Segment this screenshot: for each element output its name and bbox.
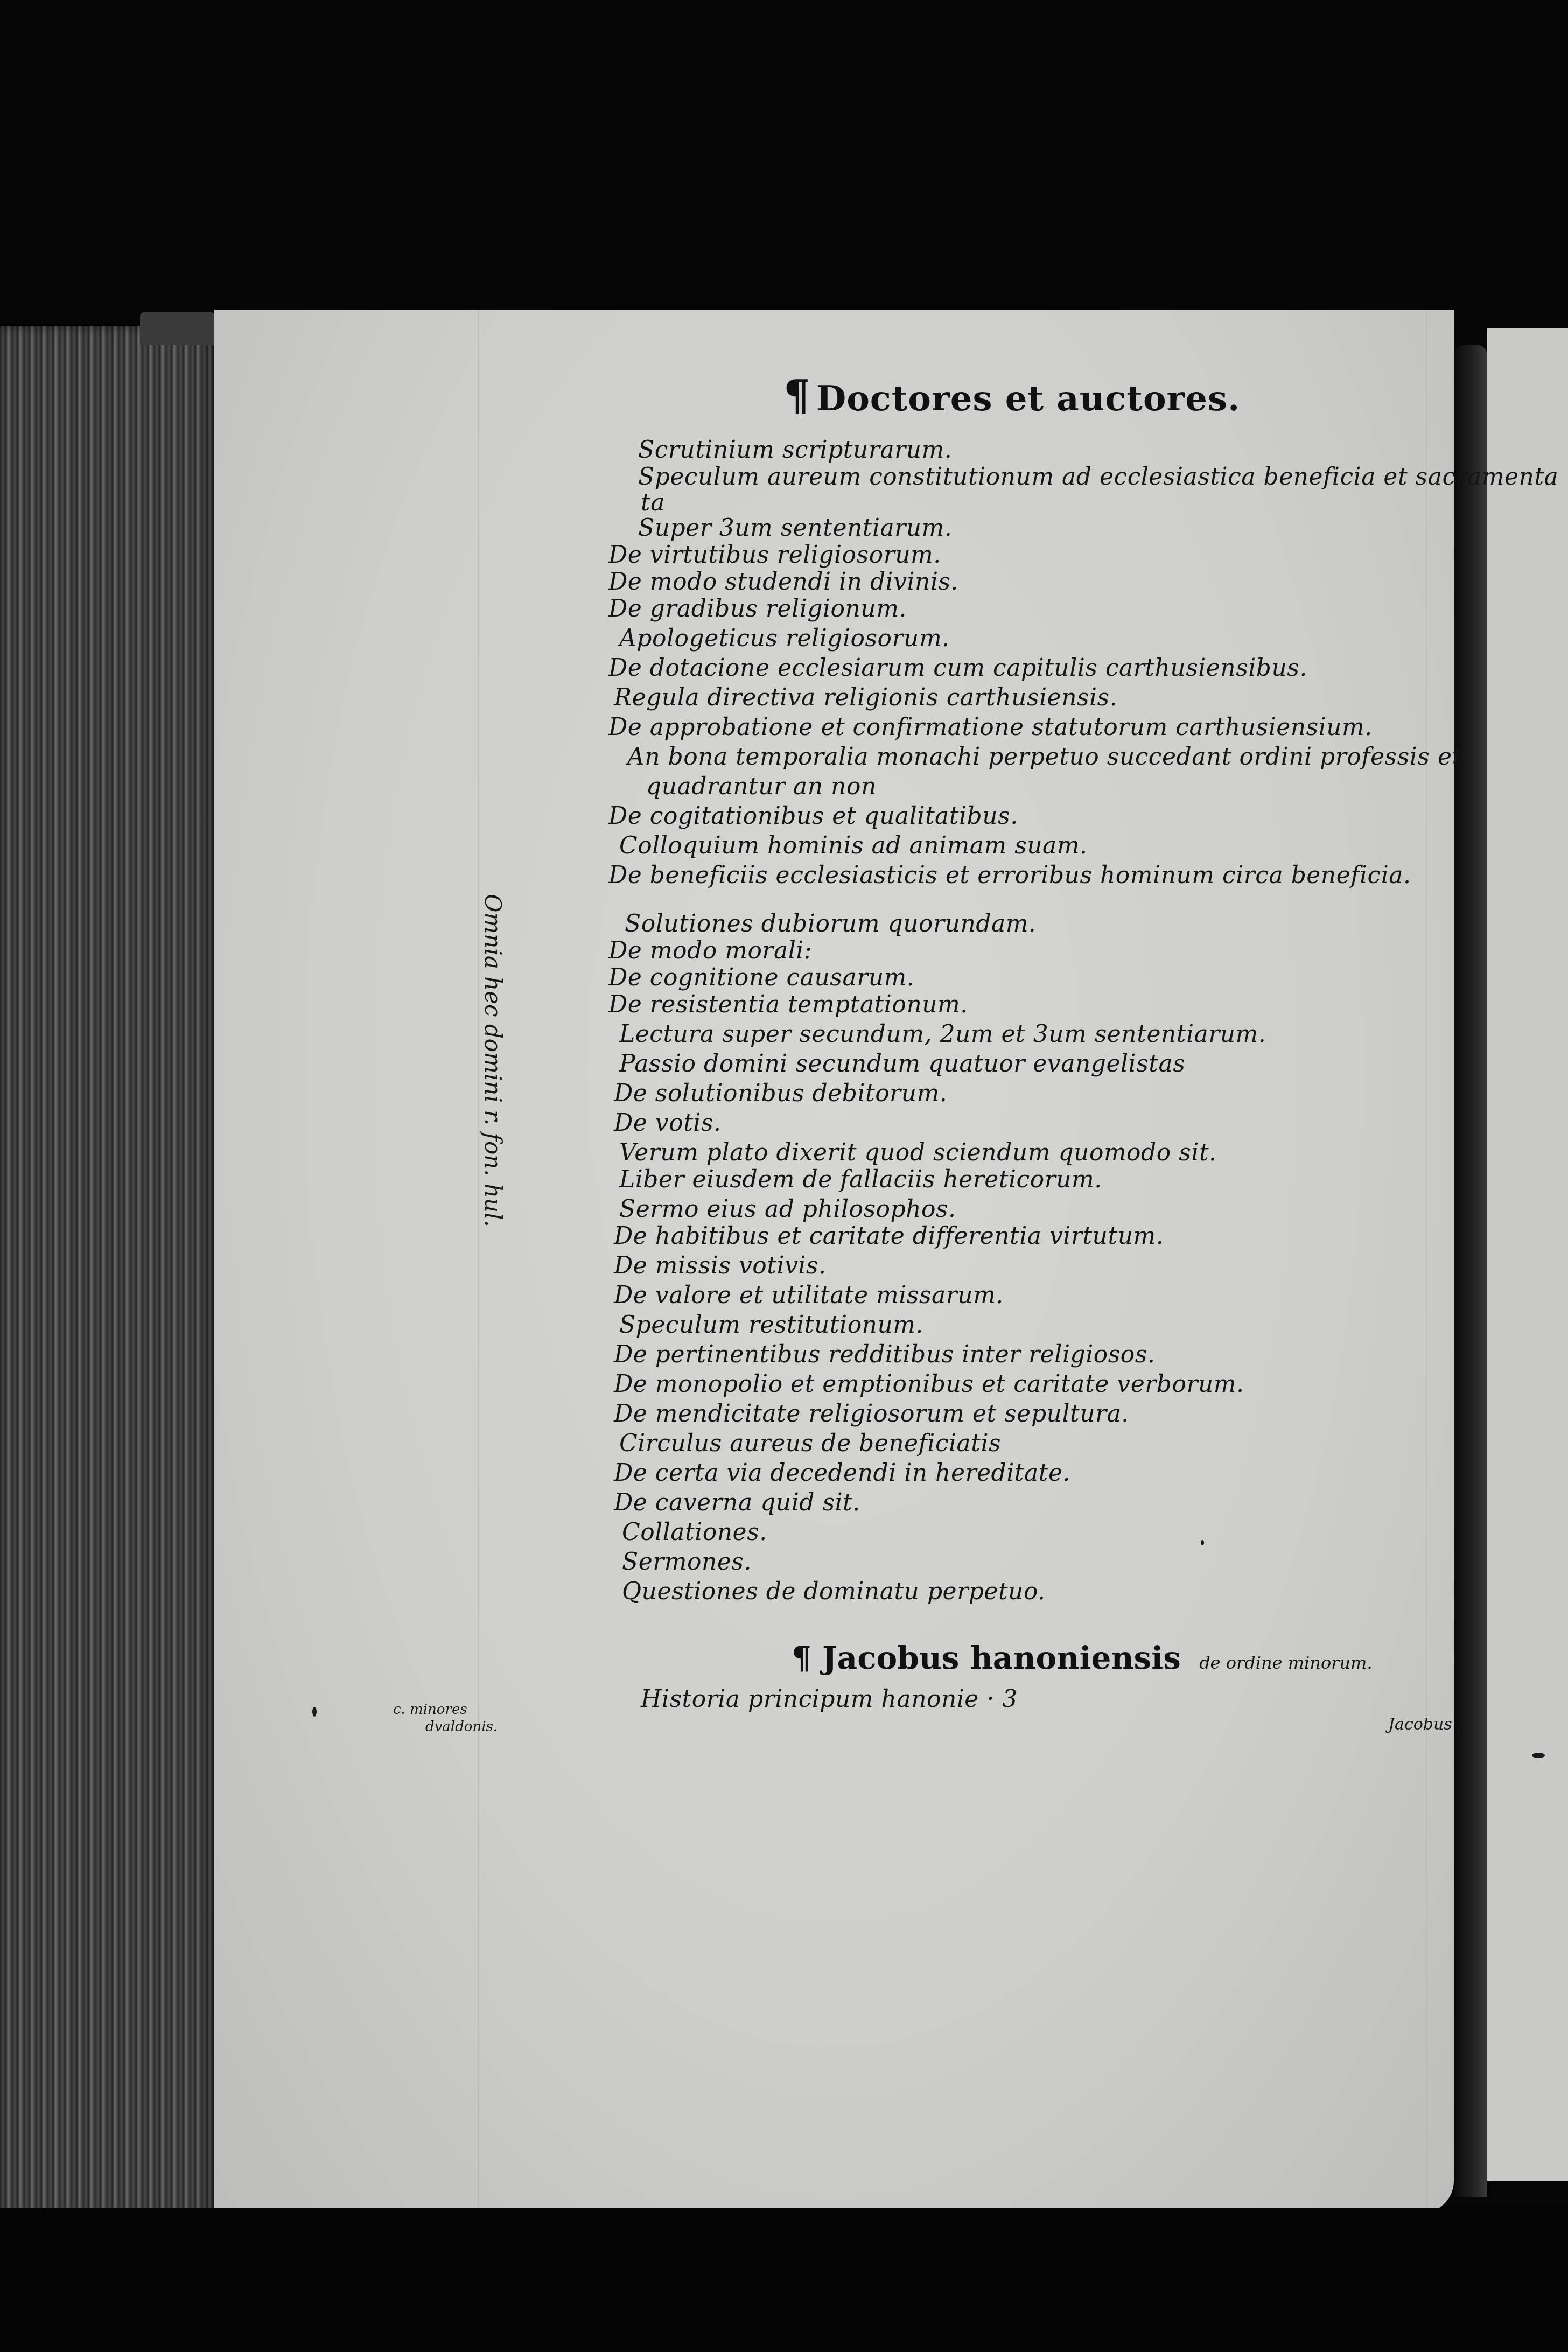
section-entry: Historia principum hanonie · 3 [641, 1685, 1018, 1713]
list-item: De votis. [614, 1109, 721, 1137]
list-item: De caverna quid sit. [614, 1489, 860, 1516]
list-item: De cognitione causarum. [608, 964, 914, 991]
list-item: De modo morali: [608, 937, 812, 964]
list-item: De certa via decedendi in hereditate. [614, 1459, 1070, 1487]
list-item: De virtutibus religiosorum. [608, 541, 941, 569]
list-item: Lectura super secundum, 2um et 3um sente… [619, 1020, 1266, 1048]
list-item: De gradibus religionum. [608, 595, 907, 622]
page-edges-stack [0, 326, 215, 2221]
list-item: Super 3um sententiarum. [638, 514, 952, 542]
book-gutter [1454, 345, 1487, 2197]
list-item: An bona temporalia monachi perpetuo succ… [627, 743, 1462, 771]
author-name: Jacobus hanoniensis [822, 1640, 1181, 1676]
list-item: De pertinentibus redditibus inter religi… [614, 1341, 1155, 1368]
ruling-line [1426, 310, 1427, 2213]
adjacent-page [1487, 328, 1568, 2181]
list-item: Solutiones dubiorum quorundam. [625, 910, 1036, 937]
list-item: De beneficiis ecclesiasticis et erroribu… [608, 862, 1411, 889]
list-item: Sermo eius ad philosophos. [619, 1195, 956, 1223]
list-item: ta [641, 489, 665, 516]
list-item: Circulus aureus de beneficiatis [619, 1430, 1001, 1457]
list-item: Apologeticus religiosorum. [619, 625, 950, 652]
list-item: Scrutinium scripturarum. [638, 436, 952, 464]
page-title: ¶Doctores et auctores. [783, 372, 1240, 421]
list-item: quadrantur an non [646, 773, 877, 800]
list-item: Liber eiusdem de fallaciis hereticorum. [619, 1166, 1102, 1193]
list-item: Verum plato dixerit quod sciendum quomod… [619, 1139, 1217, 1166]
list-item: De modo studendi in divinis. [608, 568, 958, 596]
margin-note-vertical: Omnia hec domini r. fon. hul. [463, 894, 506, 1271]
page-edges-top [140, 312, 215, 345]
pilcrow-icon: ¶ [783, 372, 811, 421]
background-shadow [0, 2208, 1568, 2352]
list-item: Speculum restitutionum. [619, 1311, 923, 1339]
margin-note-right: Jacobus f. [1388, 1715, 1468, 1734]
list-item: Collationes. [622, 1518, 767, 1546]
margin-note-left-2: dvaldonis. [425, 1719, 498, 1735]
list-item: De cogitationibus et qualitatibus. [608, 802, 1018, 830]
margin-note-left-1: c. minores [393, 1702, 467, 1718]
ink-mark [1532, 1753, 1545, 1758]
list-item: De missis votivis. [614, 1252, 827, 1279]
pilcrow-icon: ¶ [792, 1640, 811, 1676]
list-item: Questiones de dominatu perpetuo. [622, 1578, 1046, 1605]
list-item: De solutionibus debitorum. [614, 1080, 947, 1107]
list-item: De mendicitate religiosorum et sepultura… [614, 1400, 1129, 1427]
ink-mark [312, 1707, 317, 1717]
list-item: Speculum aureum constitutionum ad eccles… [638, 463, 1558, 491]
list-item: De approbatione et confirmatione statuto… [608, 713, 1373, 741]
list-item: De habitibus et caritate differentia vir… [614, 1222, 1164, 1250]
list-item: De resistentia temptationum. [608, 991, 968, 1018]
list-item: Passio domini secundum quatuor evangelis… [619, 1050, 1185, 1077]
author-order: de ordine minorum. [1199, 1653, 1372, 1673]
title-text: Doctores et auctores. [816, 379, 1241, 419]
list-item: De valore et utilitate missarum. [614, 1282, 1004, 1309]
ink-mark [1201, 1540, 1204, 1545]
list-item: De dotacione ecclesiarum cum capitulis c… [608, 654, 1307, 682]
list-item: Colloquium hominis ad animam suam. [619, 832, 1088, 859]
section-heading: ¶ Jacobus hanoniensis de ordine minorum. [792, 1640, 1373, 1676]
list-item: De monopolio et emptionibus et caritate … [614, 1370, 1244, 1398]
list-item: Regula directiva religionis carthusiensi… [614, 684, 1117, 711]
list-item: Sermones. [622, 1548, 752, 1576]
